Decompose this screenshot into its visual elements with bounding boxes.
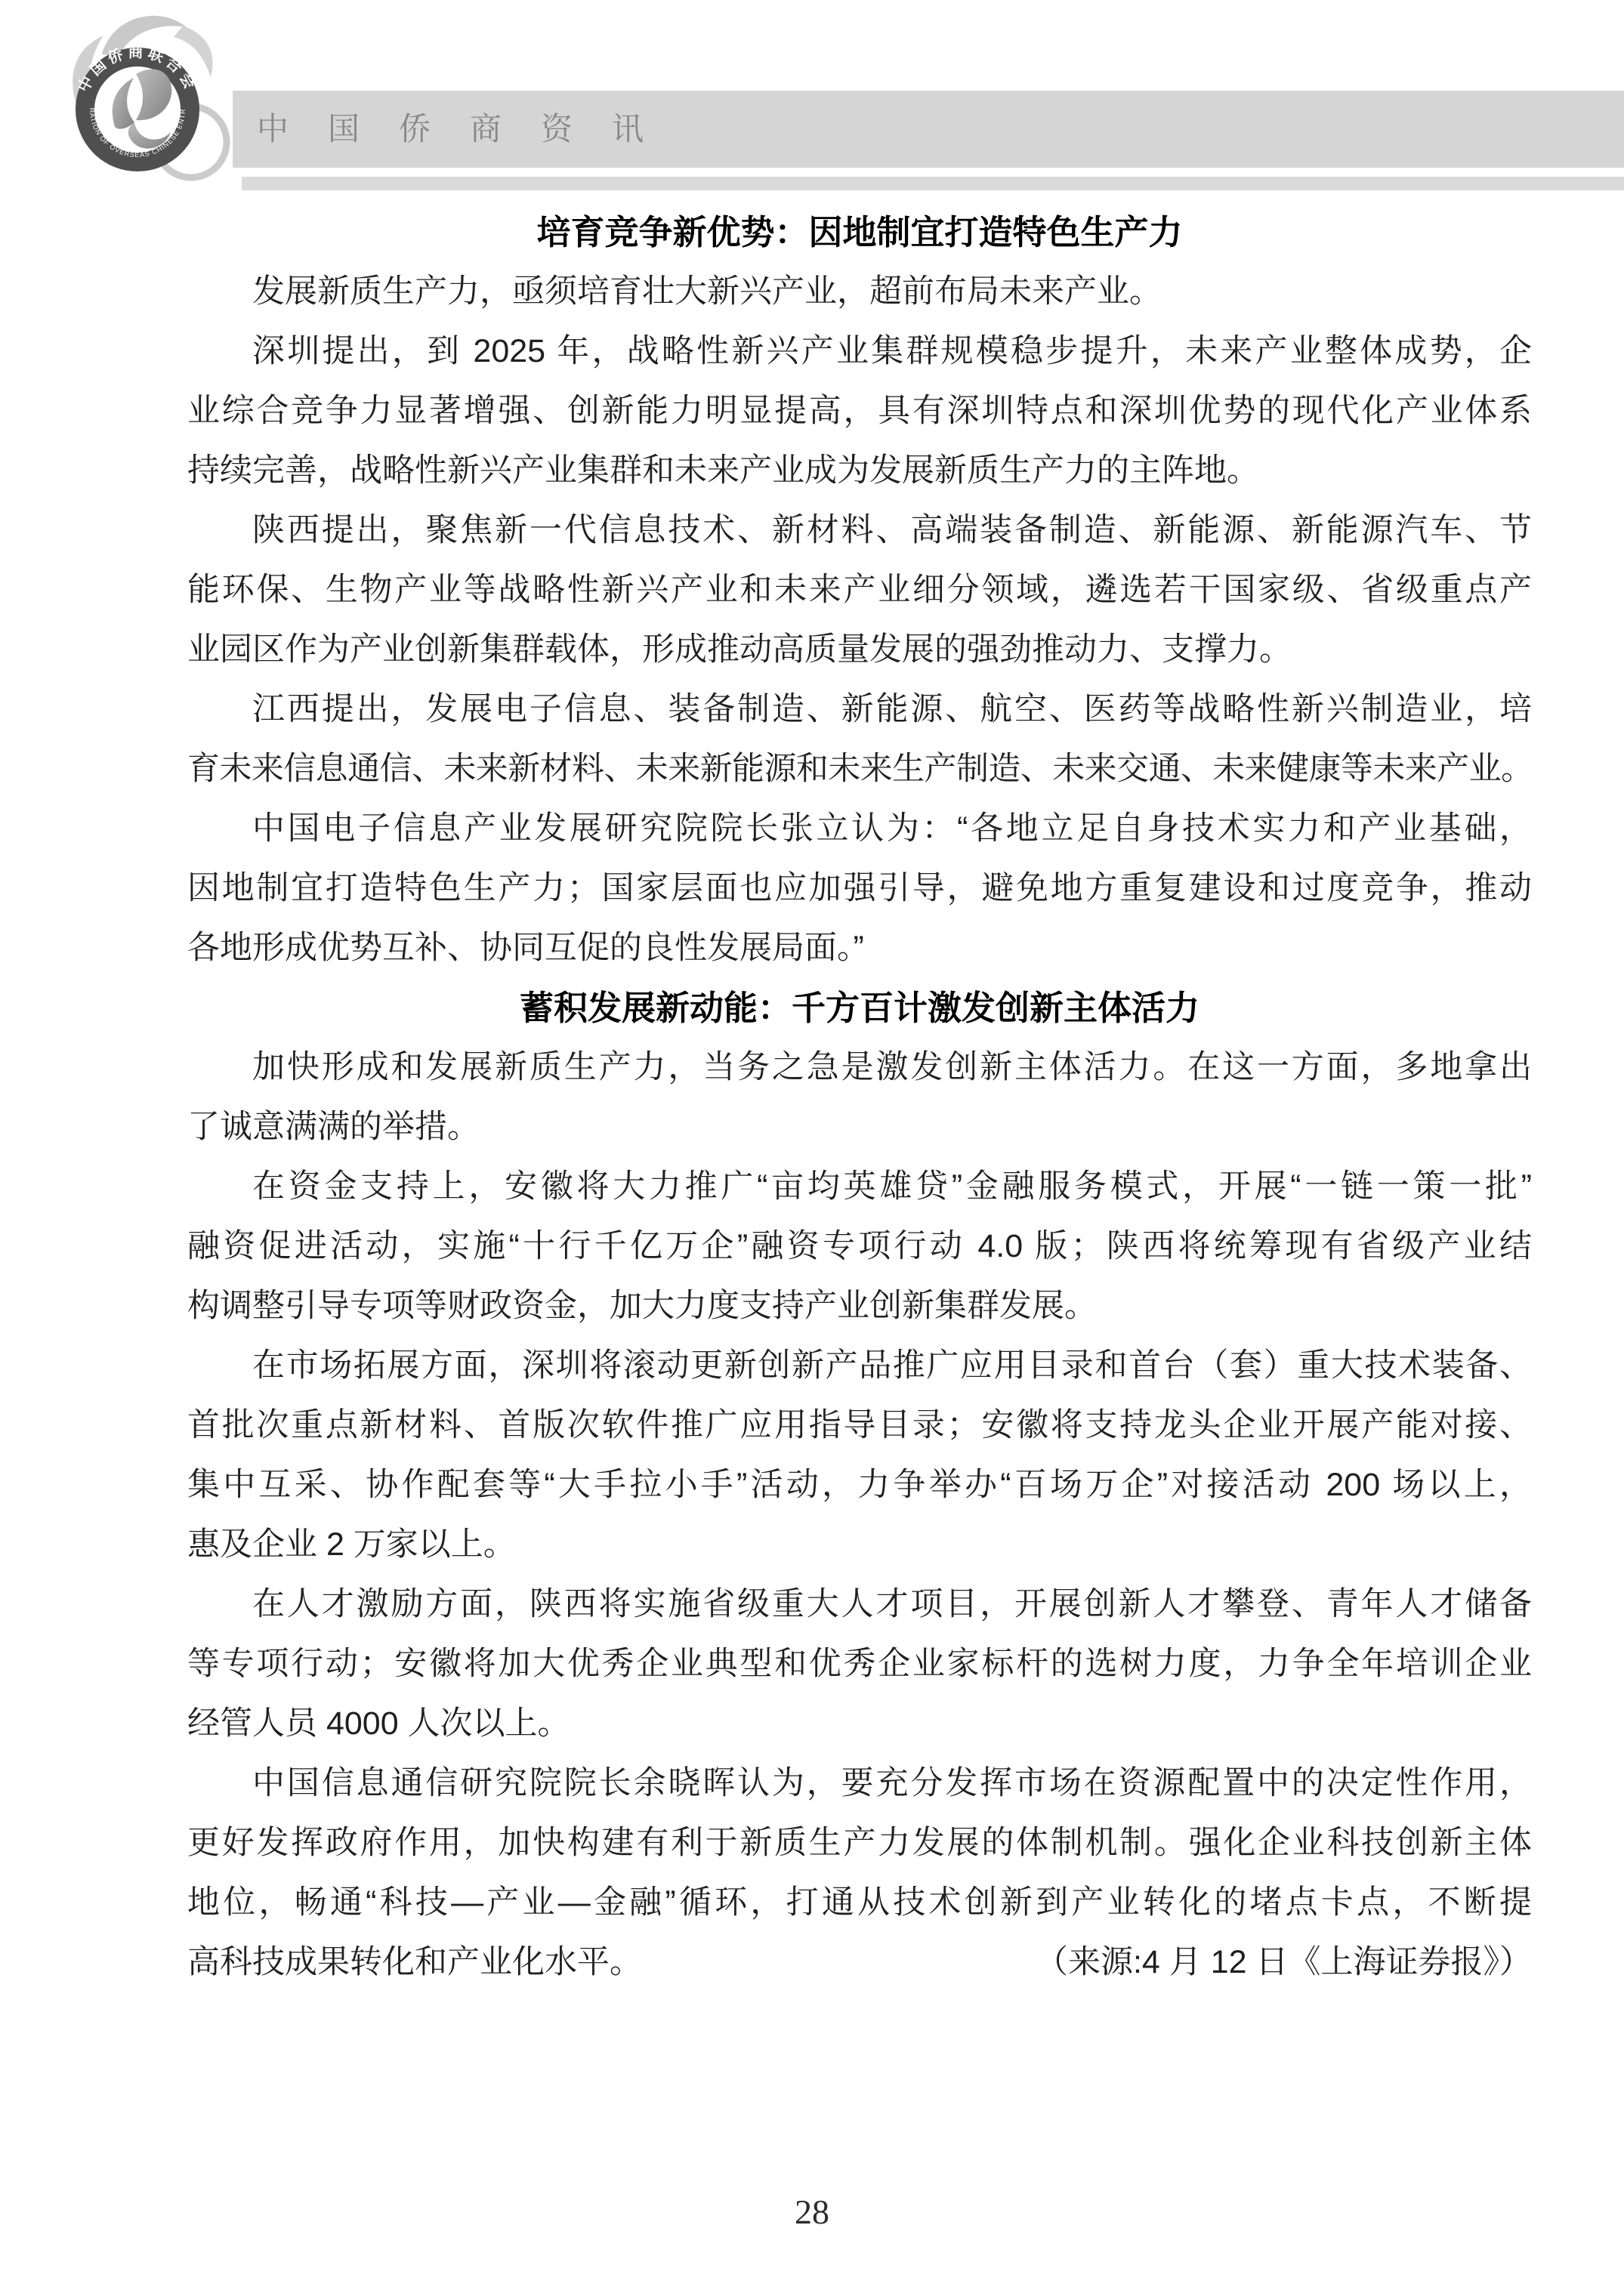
- text-line: 深圳提出，到 2025 年，战略性新兴产业集群规模稳步提升，未来产业整体成势，企: [187, 322, 1532, 381]
- text-line: 发展新质生产力，亟须培育壮大新兴产业，超前布局未来产业。: [187, 262, 1532, 322]
- page-number: 28: [0, 2192, 1624, 2232]
- organization-seal-logo: 中国侨商联合会 CHINA FEDERATION OF OVERSEAS CHI…: [30, 8, 264, 196]
- text-line: 江西提出，发展电子信息、装备制造、新能源、航空、医药等战略性新兴制造业，培: [187, 680, 1532, 739]
- text-line: 在市场拓展方面，深圳将滚动更新创新产品推广应用目录和首台（套）重大技术装备、: [187, 1336, 1532, 1396]
- text-line: 因地制宜打造特色生产力；国家层面也应加强引导，避免地方重复建设和过度竞争，推动: [187, 859, 1532, 918]
- text-line: 惠及企业 2 万家以上。: [187, 1515, 1532, 1575]
- text-line: 在资金支持上，安徽将大力推广“亩均英雄贷”金融服务模式，开展“一链一策一批”: [187, 1157, 1532, 1217]
- text-line: 构调整引导专项等财政资金，加大力度支持产业创新集群发展。: [187, 1276, 1532, 1336]
- text-line: 在人才激励方面，陕西将实施省级重大人才项目，开展创新人才攀登、青年人才储备: [187, 1575, 1532, 1634]
- text-line: 中国电子信息产业发展研究院院长张立认为：“各地立足自身技术实力和产业基础，: [187, 799, 1532, 859]
- text-line: 高科技成果转化和产业化水平。（来源:4 月 12 日《上海证券报》）: [187, 1933, 1532, 1992]
- text-line: 持续完善，战略性新兴产业集群和未来产业成为发展新质生产力的主阵地。: [187, 441, 1532, 501]
- section-heading: 培育竞争新优势：因地制宜打造特色生产力: [187, 202, 1532, 262]
- text-line: 业园区作为产业创新集群载体，形成推动高质量发展的强劲推动力、支撑力。: [187, 620, 1532, 680]
- text-line: 了诚意满满的举措。: [187, 1097, 1532, 1157]
- text-line: 更好发挥政府作用，加快构建有利于新质生产力发展的体制机制。强化企业科技创新主体: [187, 1813, 1532, 1873]
- text-line: 地位，畅通“科技—产业—金融”循环，打通从技术创新到产业转化的堵点卡点，不断提: [187, 1873, 1532, 1933]
- text-line: 首批次重点新材料、首版次软件推广应用指导目录；安徽将支持龙头企业开展产能对接、: [187, 1396, 1532, 1455]
- text-line: 中国信息通信研究院院长余晓晖认为，要充分发挥市场在资源配置中的决定性作用，: [187, 1754, 1532, 1813]
- text-line: 加快形成和发展新质生产力，当务之急是激发创新主体活力。在这一方面，多地拿出: [187, 1038, 1532, 1097]
- header-band-underline: [242, 177, 1624, 190]
- text-line: 集中互采、协作配套等“大手拉小手”活动，力争举办“百场万企”对接活动 200 场…: [187, 1455, 1532, 1515]
- text-line: 融资促进活动，实施“十行千亿万企”融资专项行动 4.0 版；陕西将统筹现有省级产…: [187, 1217, 1532, 1276]
- document-page: 中国侨商资讯 中国侨商联合会 CHINA FEDERATION OF OVER: [0, 0, 1624, 2293]
- text-line: 等专项行动；安徽将加大优秀企业典型和优秀企业家标杆的选树力度，力争全年培训企业: [187, 1634, 1532, 1694]
- text-line: 育未来信息通信、未来新材料、未来新能源和未来生产制造、未来交通、未来健康等未来产…: [187, 739, 1532, 799]
- text-line: 能环保、生物产业等战略性新兴产业和未来产业细分领域，遴选若干国家级、省级重点产: [187, 560, 1532, 620]
- section-heading: 蓄积发展新动能：千方百计激发创新主体活力: [187, 978, 1532, 1038]
- text-line: 陕西提出，聚焦新一代信息技术、新材料、高端装备制造、新能源、新能源汽车、节: [187, 501, 1532, 560]
- text-line-left: 高科技成果转化和产业化水平。: [187, 1933, 642, 1992]
- text-line: 经管人员 4000 人次以上。: [187, 1694, 1532, 1754]
- newsletter-title: 中国侨商资讯: [257, 91, 683, 168]
- source-attribution: （来源:4 月 12 日《上海证券报》）: [1036, 1933, 1532, 1992]
- article-body: 培育竞争新优势：因地制宜打造特色生产力发展新质生产力，亟须培育壮大新兴产业，超前…: [187, 202, 1532, 1992]
- text-line: 业综合竞争力显著增强、创新能力明显提高，具有深圳特点和深圳优势的现代化产业体系: [187, 381, 1532, 441]
- text-line: 各地形成优势互补、协同互促的良性发展局面。”: [187, 918, 1532, 978]
